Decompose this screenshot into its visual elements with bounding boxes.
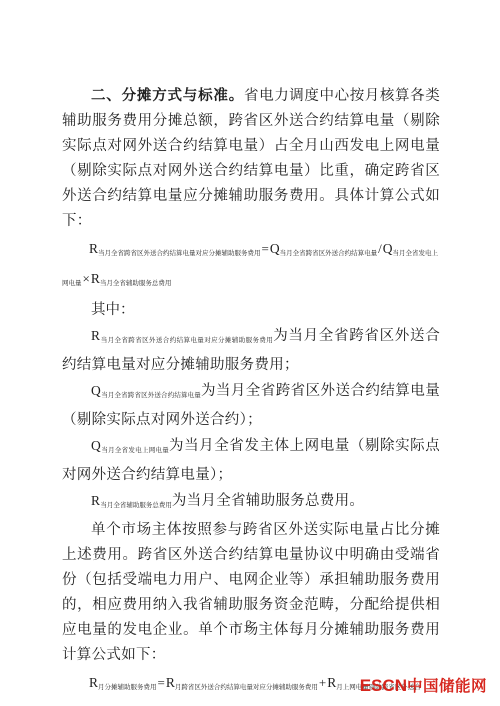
multiply-operator: ×: [82, 271, 91, 286]
plus-operator: +: [318, 675, 327, 690]
formula-variable: R: [327, 675, 336, 690]
where-label: 其中：: [62, 298, 440, 323]
formula-variable: Q: [91, 438, 101, 453]
escn-logo: ESCN中国储能网: [360, 676, 487, 697]
page-number: - 2 -: [0, 617, 500, 632]
definition-item: R当月全省跨省区外送合约结算电量对应分摊辅助服务费用为当月全省跨省区外送合约结算…: [62, 323, 440, 378]
formula-variable: R: [89, 675, 98, 690]
formula-subscript: 月分摊辅助服务费用: [98, 684, 157, 691]
formula-variable: R: [91, 493, 100, 508]
definition-item: Q当月全省跨省区外送合约结算电量为当月全省跨省区外送合约结算电量（剔除实际点对网…: [62, 378, 440, 433]
formula-subscript: 当月全省辅助服务总费用: [100, 502, 172, 509]
formula-allocation: R当月全省跨省区外送合约结算电量对应分摊辅助服务费用=Q当月全省跨省区外送合约结…: [62, 236, 440, 296]
formula-subscript: 当月全省跨省区外送合约结算电量对应分摊辅助服务费用: [100, 337, 273, 344]
definition-item: R当月全省辅助服务总费用为当月全省辅助服务总费用。: [62, 488, 440, 518]
section-heading: 二、分摊方式与标准。: [91, 88, 244, 104]
paragraph-market-entity: 单个市场主体按照参与跨省区外送实际电量占比分摊上述费用。跨省区外送合约结算电量协…: [62, 518, 440, 668]
formula-variable: R: [89, 241, 98, 256]
equals-operator: =: [157, 675, 166, 690]
formula-variable: R: [91, 328, 100, 343]
definition-text: 为当月全省跨省区外送合约结算电量（剔除实际点对网外送合约）；: [62, 383, 440, 428]
escn-logo-text: ESCN: [360, 676, 407, 695]
formula-subscript: 当月全省跨省区外送合约结算电量: [101, 392, 201, 399]
paragraph-text: 省电力调度中心按月核算各类辅助服务费用分摊总额，跨省区外送合约结算电量（剔除实际…: [62, 88, 440, 229]
formula-subscript: 当月全省发电上网电量: [101, 447, 169, 454]
formula-subscript: 当月全省跨省区外送合约结算电量: [280, 250, 378, 257]
equals-operator: =: [261, 241, 270, 256]
paragraph-allocation-method: 二、分摊方式与标准。省电力调度中心按月核算各类辅助服务费用分摊总额，跨省区外送合…: [62, 84, 440, 234]
definition-text: 为当月全省跨省区外送合约结算电量对应分摊辅助服务费用；: [62, 328, 440, 373]
document-page: 二、分摊方式与标准。省电力调度中心按月核算各类辅助服务费用分摊总额，跨省区外送合…: [62, 84, 440, 702]
definition-text: 为当月全省发主体上网电量（剔除实际点对网外送合约结算电量）；: [62, 438, 440, 483]
formula-subscript: 月跨省区外送合约结算电量对应分摊辅助服务费用: [175, 684, 318, 691]
formula-variable: Q: [91, 383, 101, 398]
definition-item: Q当月全省发电上网电量为当月全省发主体上网电量（剔除实际点对网外送合约结算电量）…: [62, 433, 440, 488]
formula-variable: Q: [270, 241, 280, 256]
definition-text: 为当月全省辅助服务总费用。: [172, 493, 364, 509]
escn-logo-chinese-text: 中国储能网: [407, 678, 487, 695]
formula-variable: R: [91, 271, 100, 286]
formula-subscript: 当月全省辅助服务总费用: [100, 280, 172, 287]
formula-variable: R: [166, 675, 175, 690]
formula-subscript: 当月全省跨省区外送合约结算电量对应分摊辅助服务费用: [98, 250, 261, 257]
